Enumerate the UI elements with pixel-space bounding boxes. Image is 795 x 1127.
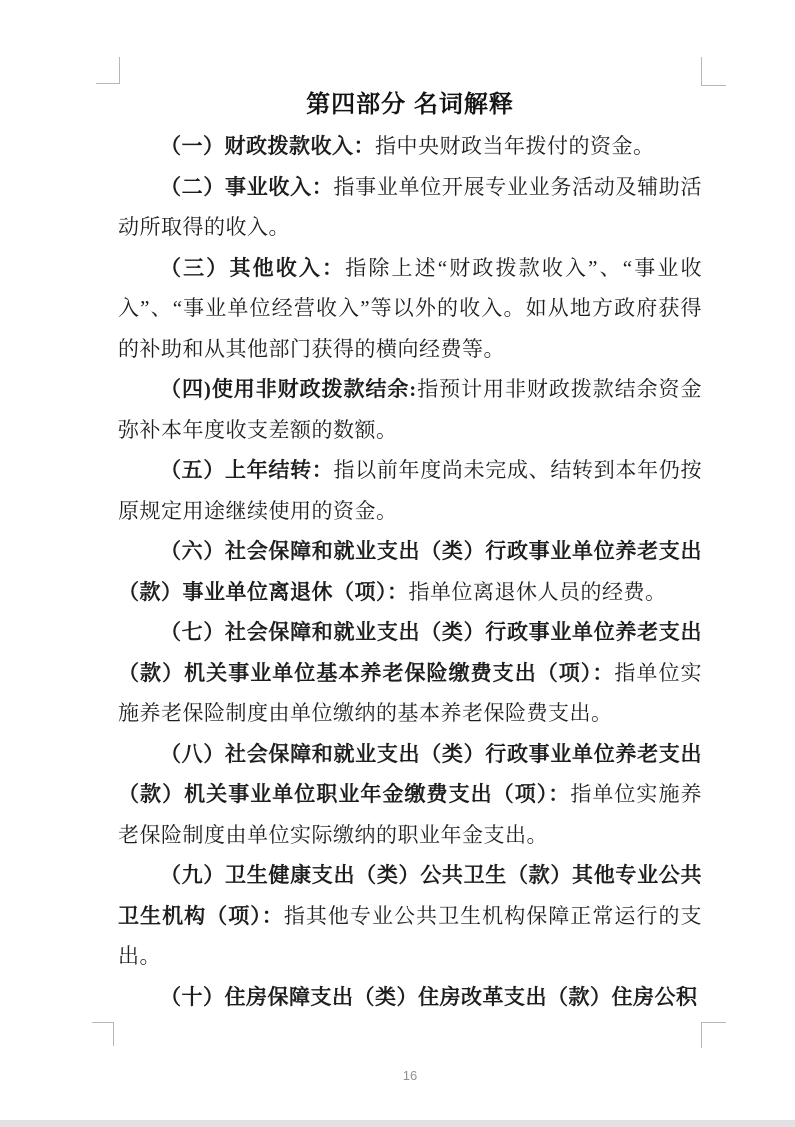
definition-paragraph-7: （七）社会保障和就业支出（类）行政事业单位养老支出（款）机关事业单位基本养老保险… bbox=[118, 612, 702, 734]
page-number: 16 bbox=[118, 1068, 702, 1083]
text-boundary-mark-top-right-icon bbox=[701, 57, 726, 86]
document-page: 第四部分 名词解释 （一）财政拨款收入：指中央财政当年拨付的资金。 （二）事业收… bbox=[0, 0, 795, 1127]
page-bottom-edge bbox=[0, 1120, 795, 1127]
text-boundary-mark-top-left-icon bbox=[96, 57, 120, 84]
definition-paragraph-6: （六）社会保障和就业支出（类）行政事业单位养老支出（款）事业单位离退休（项）：指… bbox=[118, 531, 702, 612]
text-boundary-mark-bottom-left-icon bbox=[92, 1022, 114, 1046]
definition-text: 指中央财政当年拨付的资金。 bbox=[375, 134, 655, 158]
text-boundary-mark-bottom-right-icon bbox=[701, 1022, 726, 1048]
definition-paragraph-1: （一）财政拨款收入：指中央财政当年拨付的资金。 bbox=[118, 126, 702, 167]
document-content: 第四部分 名词解释 （一）财政拨款收入：指中央财政当年拨付的资金。 （二）事业收… bbox=[118, 84, 702, 1017]
definition-paragraph-3: （三）其他收入：指除上述“财政拨款收入”、“事业收入”、“事业单位经营收入”等以… bbox=[118, 248, 702, 370]
term-text: （十）住房保障支出（类）住房改革支出（款）住房公积 bbox=[160, 985, 698, 1009]
definition-paragraph-2: （二）事业收入：指事业单位开展专业业务活动及辅助活动所取得的收入。 bbox=[118, 167, 702, 248]
term-text: （二）事业收入： bbox=[160, 175, 334, 199]
term-text: （五）上年结转： bbox=[160, 458, 334, 482]
definition-paragraph-4: （四)使用非财政拨款结余:指预计用非财政拨款结余资金弥补本年度收支差额的数额。 bbox=[118, 369, 702, 450]
definition-paragraph-9: （九）卫生健康支出（类）公共卫生（款）其他专业公共卫生机构（项）：指其他专业公共… bbox=[118, 855, 702, 977]
term-text: （三）其他收入： bbox=[160, 256, 345, 280]
definition-paragraph-8: （八）社会保障和就业支出（类）行政事业单位养老支出（款）机关事业单位职业年金缴费… bbox=[118, 734, 702, 856]
definition-text: 指单位离退休人员的经费。 bbox=[409, 580, 667, 604]
definition-paragraph-5: （五）上年结转：指以前年度尚未完成、结转到本年仍按原规定用途继续使用的资金。 bbox=[118, 450, 702, 531]
term-text: （四)使用非财政拨款结余: bbox=[160, 377, 417, 401]
definition-paragraph-10: （十）住房保障支出（类）住房改革支出（款）住房公积 bbox=[118, 977, 702, 1018]
term-text: （一）财政拨款收入： bbox=[160, 134, 375, 158]
section-title: 第四部分 名词解释 bbox=[118, 84, 702, 126]
